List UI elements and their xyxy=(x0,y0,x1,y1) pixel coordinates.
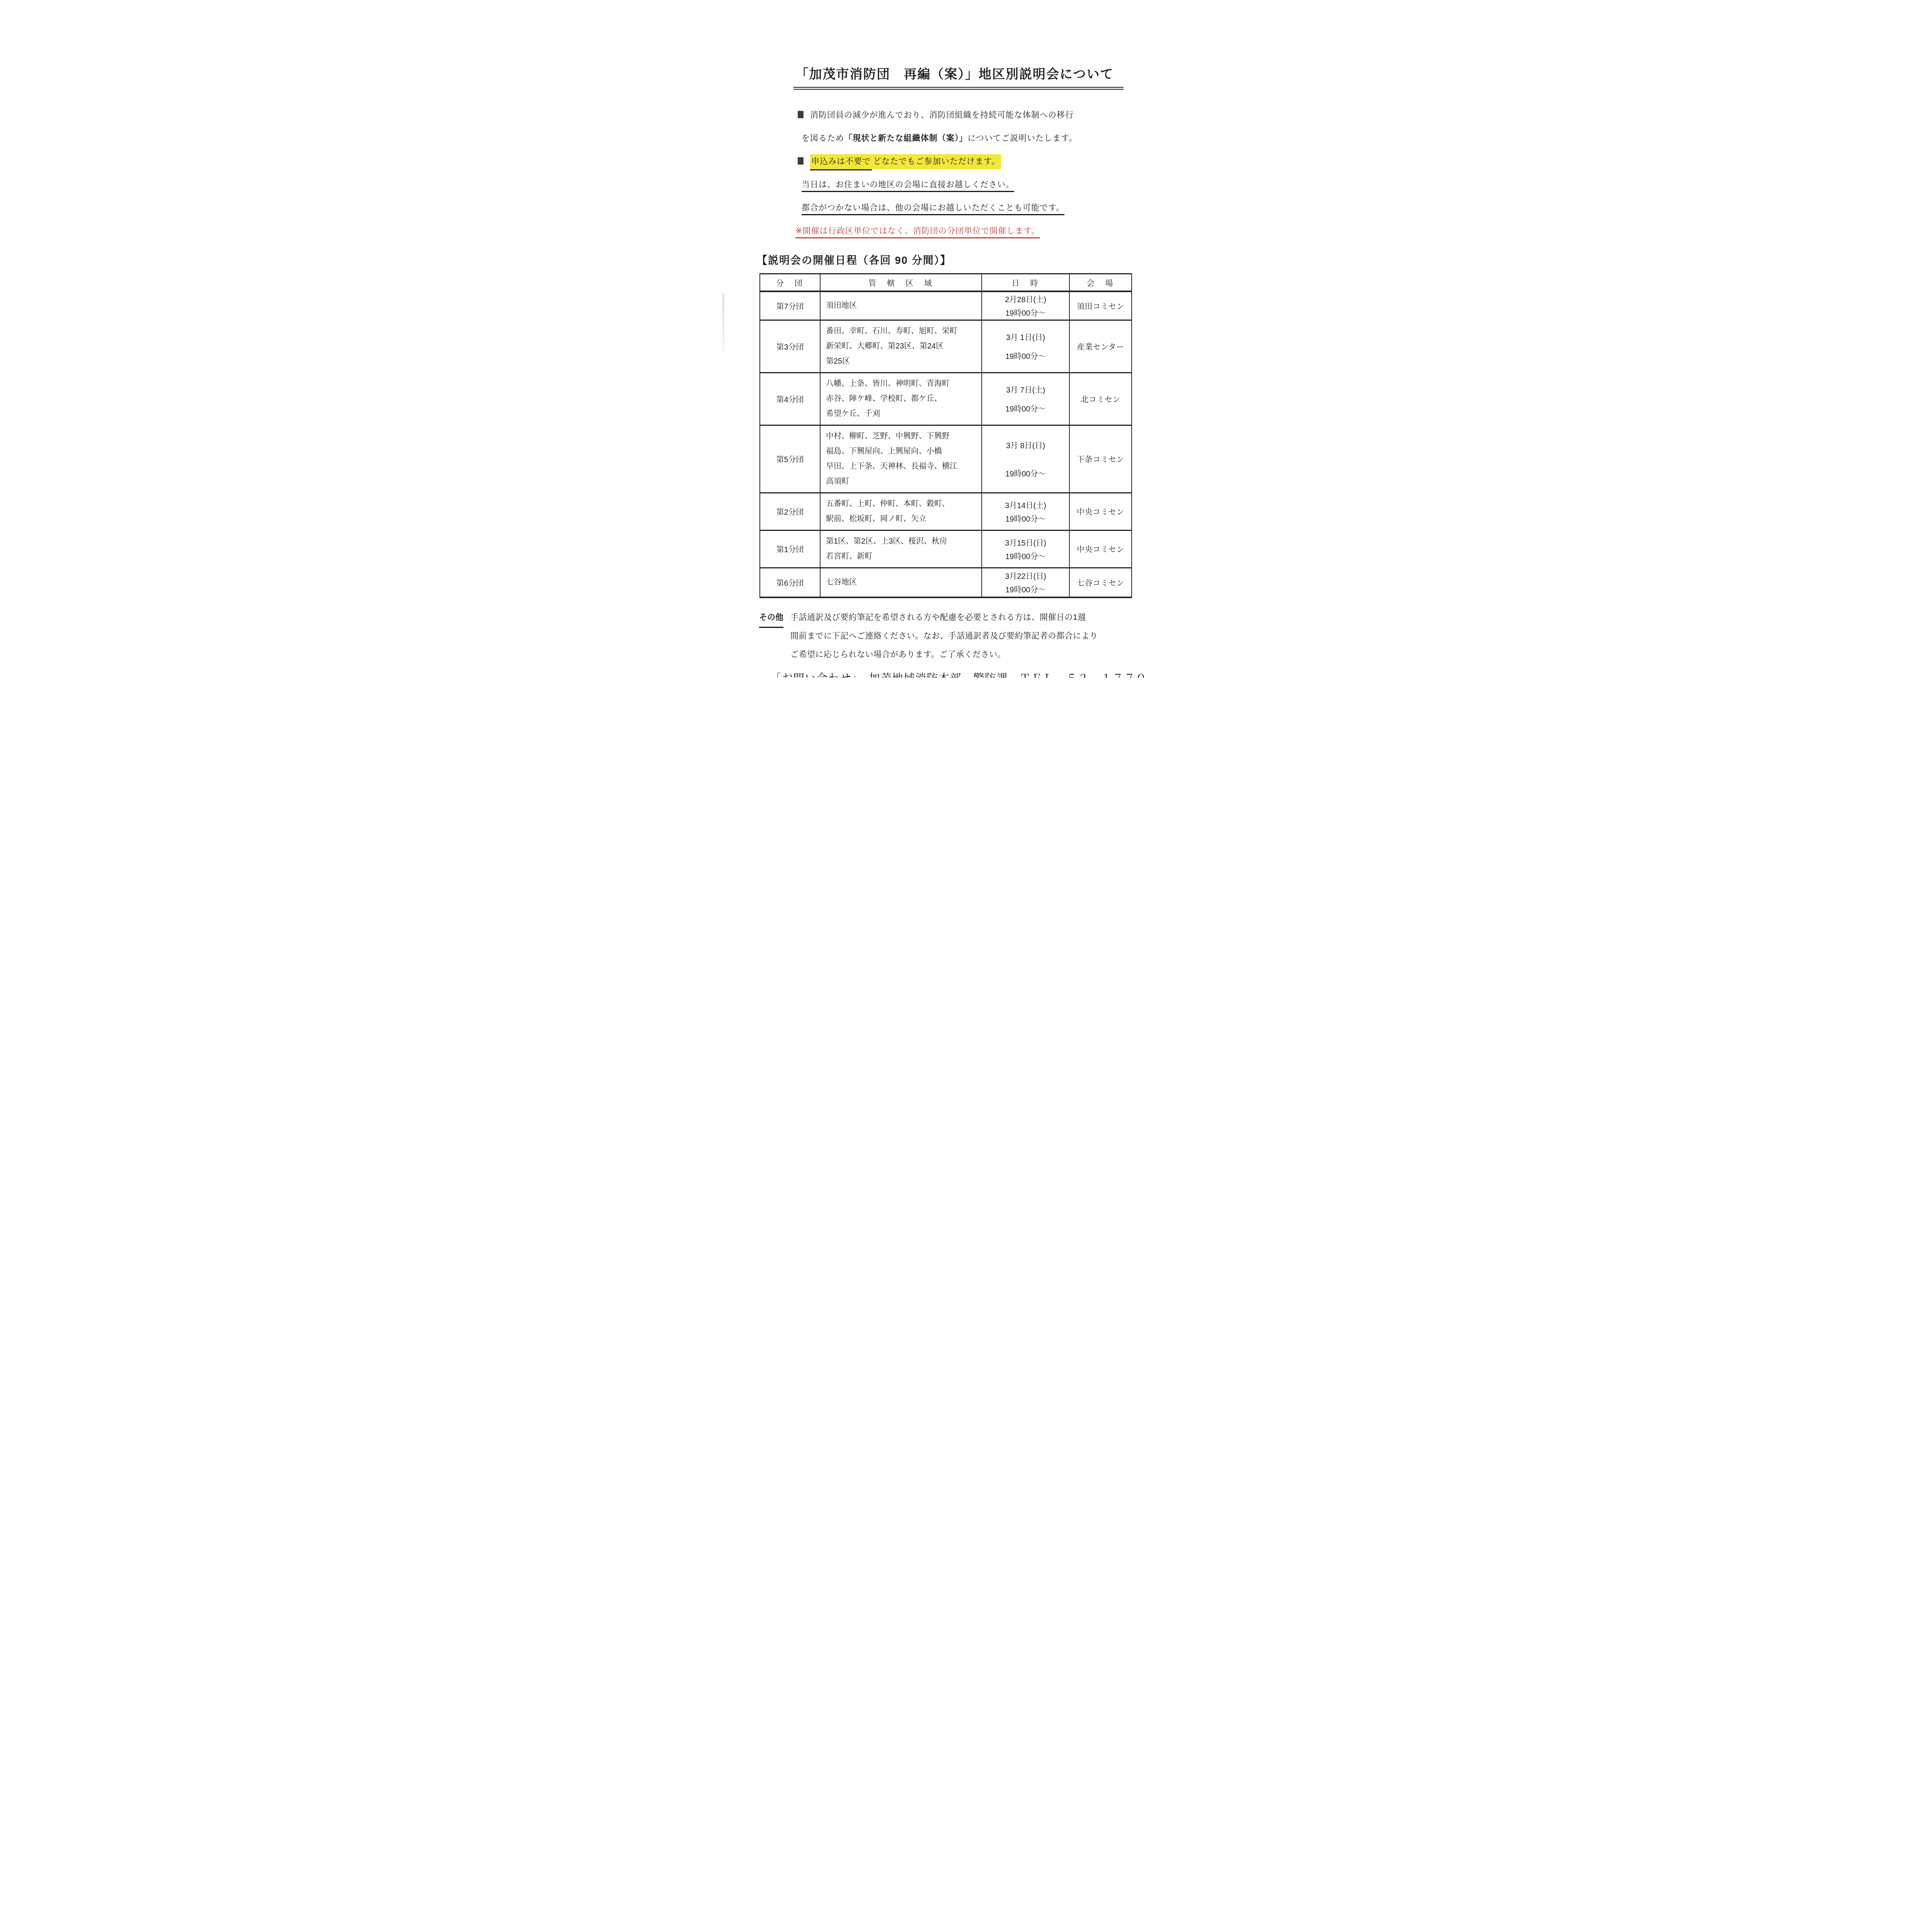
division-cell: 第2分団 xyxy=(760,493,820,530)
col-header-venue: 会 場 xyxy=(1069,274,1132,292)
table-row: 第2分団 五番町、上町、仲町、本町、穀町、 駅前、松坂町、岡ノ町、矢立 3月14… xyxy=(760,493,1132,530)
datetime-cell: 3月22日(日)19時00分～ xyxy=(982,568,1069,597)
table-row: 第7分団 須田地区 2月28日(土)19時00分～ 須田コミセン xyxy=(760,291,1132,320)
highlighted-text: どなたでもご参加いただけます。 xyxy=(872,154,1001,169)
venue-cell: 七谷コミセン xyxy=(1069,568,1132,597)
col-header-division: 分 団 xyxy=(760,274,820,292)
bullet-2-line-1: 申込みは不要でどなたでもご参加いただけます。 xyxy=(798,150,1146,173)
division-cell: 第3分団 xyxy=(760,320,820,372)
division-cell: 第6分団 xyxy=(760,568,820,597)
region-cell: 番田、幸町、石川、寿町、旭町、栄町 新栄町、大郷町、第23区、第24区 第25区 xyxy=(820,320,982,372)
datetime-cell: 3月14日(土)19時00分～ xyxy=(982,493,1069,530)
date-text: 2月28日(土) xyxy=(1005,293,1046,304)
region-cell: 八幡、上条、皆川、神明町、青海町 赤谷、陣ケ峰、学校町、都ケ丘、 希望ケ丘、千刈 xyxy=(820,372,982,425)
venue-cell: 下条コミセン xyxy=(1069,425,1132,493)
venue-cell: 中央コミセン xyxy=(1069,493,1132,530)
highlighted-underlined-text: 申込みは不要で xyxy=(810,154,872,170)
table-row: 第6分団 七谷地区 3月22日(日)19時00分～ 七谷コミセン xyxy=(760,568,1132,597)
division-cell: 第7分団 xyxy=(760,291,820,320)
other-info-section: その他 手話通訳及び要約筆記を希望される方や配慮を必要とされる方は、開催日の1週… xyxy=(759,608,1169,664)
datetime-cell: 3月 8日(日)19時00分～ xyxy=(982,425,1069,493)
table-row: 第4分団 八幡、上条、皆川、神明町、青海町 赤谷、陣ケ峰、学校町、都ケ丘、 希望… xyxy=(760,372,1132,425)
region-cell: 第1区、第2区、上3区、桜沢、秋房 若宮町、新町 xyxy=(820,530,982,568)
datetime-cell: 3月15日(日)19時00分～ xyxy=(982,530,1069,568)
time-text: 19時00分～ xyxy=(1005,350,1046,361)
bullet-square-icon xyxy=(798,111,804,118)
schedule-heading: 【説明会の開催日程（各回 90 分間）】 xyxy=(757,252,1198,267)
venue-cell: 産業センター xyxy=(1069,320,1132,372)
time-text: 19時00分～ xyxy=(1005,307,1046,318)
bullet-1-line-2-pre: を図るため xyxy=(802,134,844,143)
date-text: 3月14日(土) xyxy=(1005,499,1046,510)
contact-line: 「お問い合わせ」 加茂地域消防本部 警防課 ＴＥＬ ５２－１７７０ xyxy=(719,670,1198,678)
region-cell: 五番町、上町、仲町、本町、穀町、 駅前、松坂町、岡ノ町、矢立 xyxy=(820,493,982,530)
date-text: 3月 8日(日) xyxy=(1006,439,1045,451)
table-row: 第5分団 中村、柳町、芝野、中興野、下興野 福島、下興屋向、上興屋向、小橋 早田… xyxy=(760,425,1132,493)
venue-cell: 中央コミセン xyxy=(1069,530,1132,568)
schedule-table: 分 団 管 轄 区 域 日 時 会 場 第7分団 須田地区 2月28日(土)19… xyxy=(759,273,1132,598)
bullet-1-line-2-bold: 「現状と新たな組織体制（案）」 xyxy=(844,134,968,143)
division-cell: 第4分団 xyxy=(760,372,820,425)
table-header-row: 分 団 管 轄 区 域 日 時 会 場 xyxy=(760,274,1132,292)
other-label: その他 xyxy=(759,608,783,628)
division-cell: 第1分団 xyxy=(760,530,820,568)
intro-section: 消防団員の減少が進んでおり、消防団組織を持続可能な体制への移行 を図るため「現状… xyxy=(798,104,1146,243)
scanned-flyer-page: 「加茂市消防団 再編（案）」地区別説明会について 消防団員の減少が進んでおり、消… xyxy=(719,0,1198,678)
region-cell: 七谷地区 xyxy=(820,568,982,597)
underlined-text-1: 当日は、お住まいの地区の会場に直接お越しください。 xyxy=(802,180,1014,192)
red-note-text: ※開催は行政区単位ではなく、消防団の分団単位で開催します。 xyxy=(795,226,1040,238)
bullet-1-line-1: 消防団員の減少が進んでおり、消防団組織を持続可能な体制への移行 xyxy=(798,104,1146,127)
date-text: 3月22日(日) xyxy=(1005,570,1046,581)
time-text: 19時00分～ xyxy=(1005,403,1046,414)
date-text: 3月 7日(土) xyxy=(1006,384,1045,395)
bullet-2-line-3: 都合がつかない場合は、他の会場にお越しいただくことも可能です。 xyxy=(802,196,1146,219)
region-cell: 須田地区 xyxy=(820,291,982,320)
venue-cell: 須田コミセン xyxy=(1069,291,1132,320)
date-text: 3月 1日(日) xyxy=(1006,331,1045,342)
datetime-cell: 3月 7日(土)19時00分～ xyxy=(982,372,1069,425)
bullet-1-line-2: を図るため「現状と新たな組織体制（案）」についてご説明いたします。 xyxy=(802,127,1146,150)
datetime-cell: 3月 1日(日)19時00分～ xyxy=(982,320,1069,372)
time-text: 19時00分～ xyxy=(1005,468,1046,479)
bullet-1-line-2-post: についてご説明いたします。 xyxy=(968,134,1078,143)
table-row: 第3分団 番田、幸町、石川、寿町、旭町、栄町 新栄町、大郷町、第23区、第24区… xyxy=(760,320,1132,372)
col-header-region: 管 轄 区 域 xyxy=(820,274,982,292)
title-row: 「加茂市消防団 再編（案）」地区別説明会について xyxy=(719,0,1198,90)
time-text: 19時00分～ xyxy=(1005,550,1046,561)
division-cell: 第5分団 xyxy=(760,425,820,493)
scan-artifact xyxy=(722,294,724,352)
bullet-1-text: 消防団員の減少が進んでおり、消防団組織を持続可能な体制への移行 xyxy=(810,111,1074,119)
page-title: 「加茂市消防団 再編（案）」地区別説明会について xyxy=(793,64,1124,90)
bullet-square-icon xyxy=(798,157,804,165)
other-text: 手話通訳及び要約筆記を希望される方や配慮を必要とされる方は、開催日の1週 間前ま… xyxy=(790,608,1098,664)
time-text: 19時00分～ xyxy=(1005,583,1046,595)
col-header-datetime: 日 時 xyxy=(982,274,1069,292)
date-text: 3月15日(日) xyxy=(1005,537,1046,548)
region-cell: 中村、柳町、芝野、中興野、下興野 福島、下興屋向、上興屋向、小橋 早田、上下条、… xyxy=(820,425,982,493)
underlined-text-2: 都合がつかない場合は、他の会場にお越しいただくことも可能です。 xyxy=(802,203,1064,215)
datetime-cell: 2月28日(土)19時00分～ xyxy=(982,291,1069,320)
time-text: 19時00分～ xyxy=(1005,513,1046,524)
table-row: 第1分団 第1区、第2区、上3区、桜沢、秋房 若宮町、新町 3月15日(日)19… xyxy=(760,530,1132,568)
bullet-2-line-2: 当日は、お住まいの地区の会場に直接お越しください。 xyxy=(802,173,1146,196)
venue-cell: 北コミセン xyxy=(1069,372,1132,425)
red-note-line: ※開催は行政区単位ではなく、消防団の分団単位で開催します。 xyxy=(795,219,1146,243)
